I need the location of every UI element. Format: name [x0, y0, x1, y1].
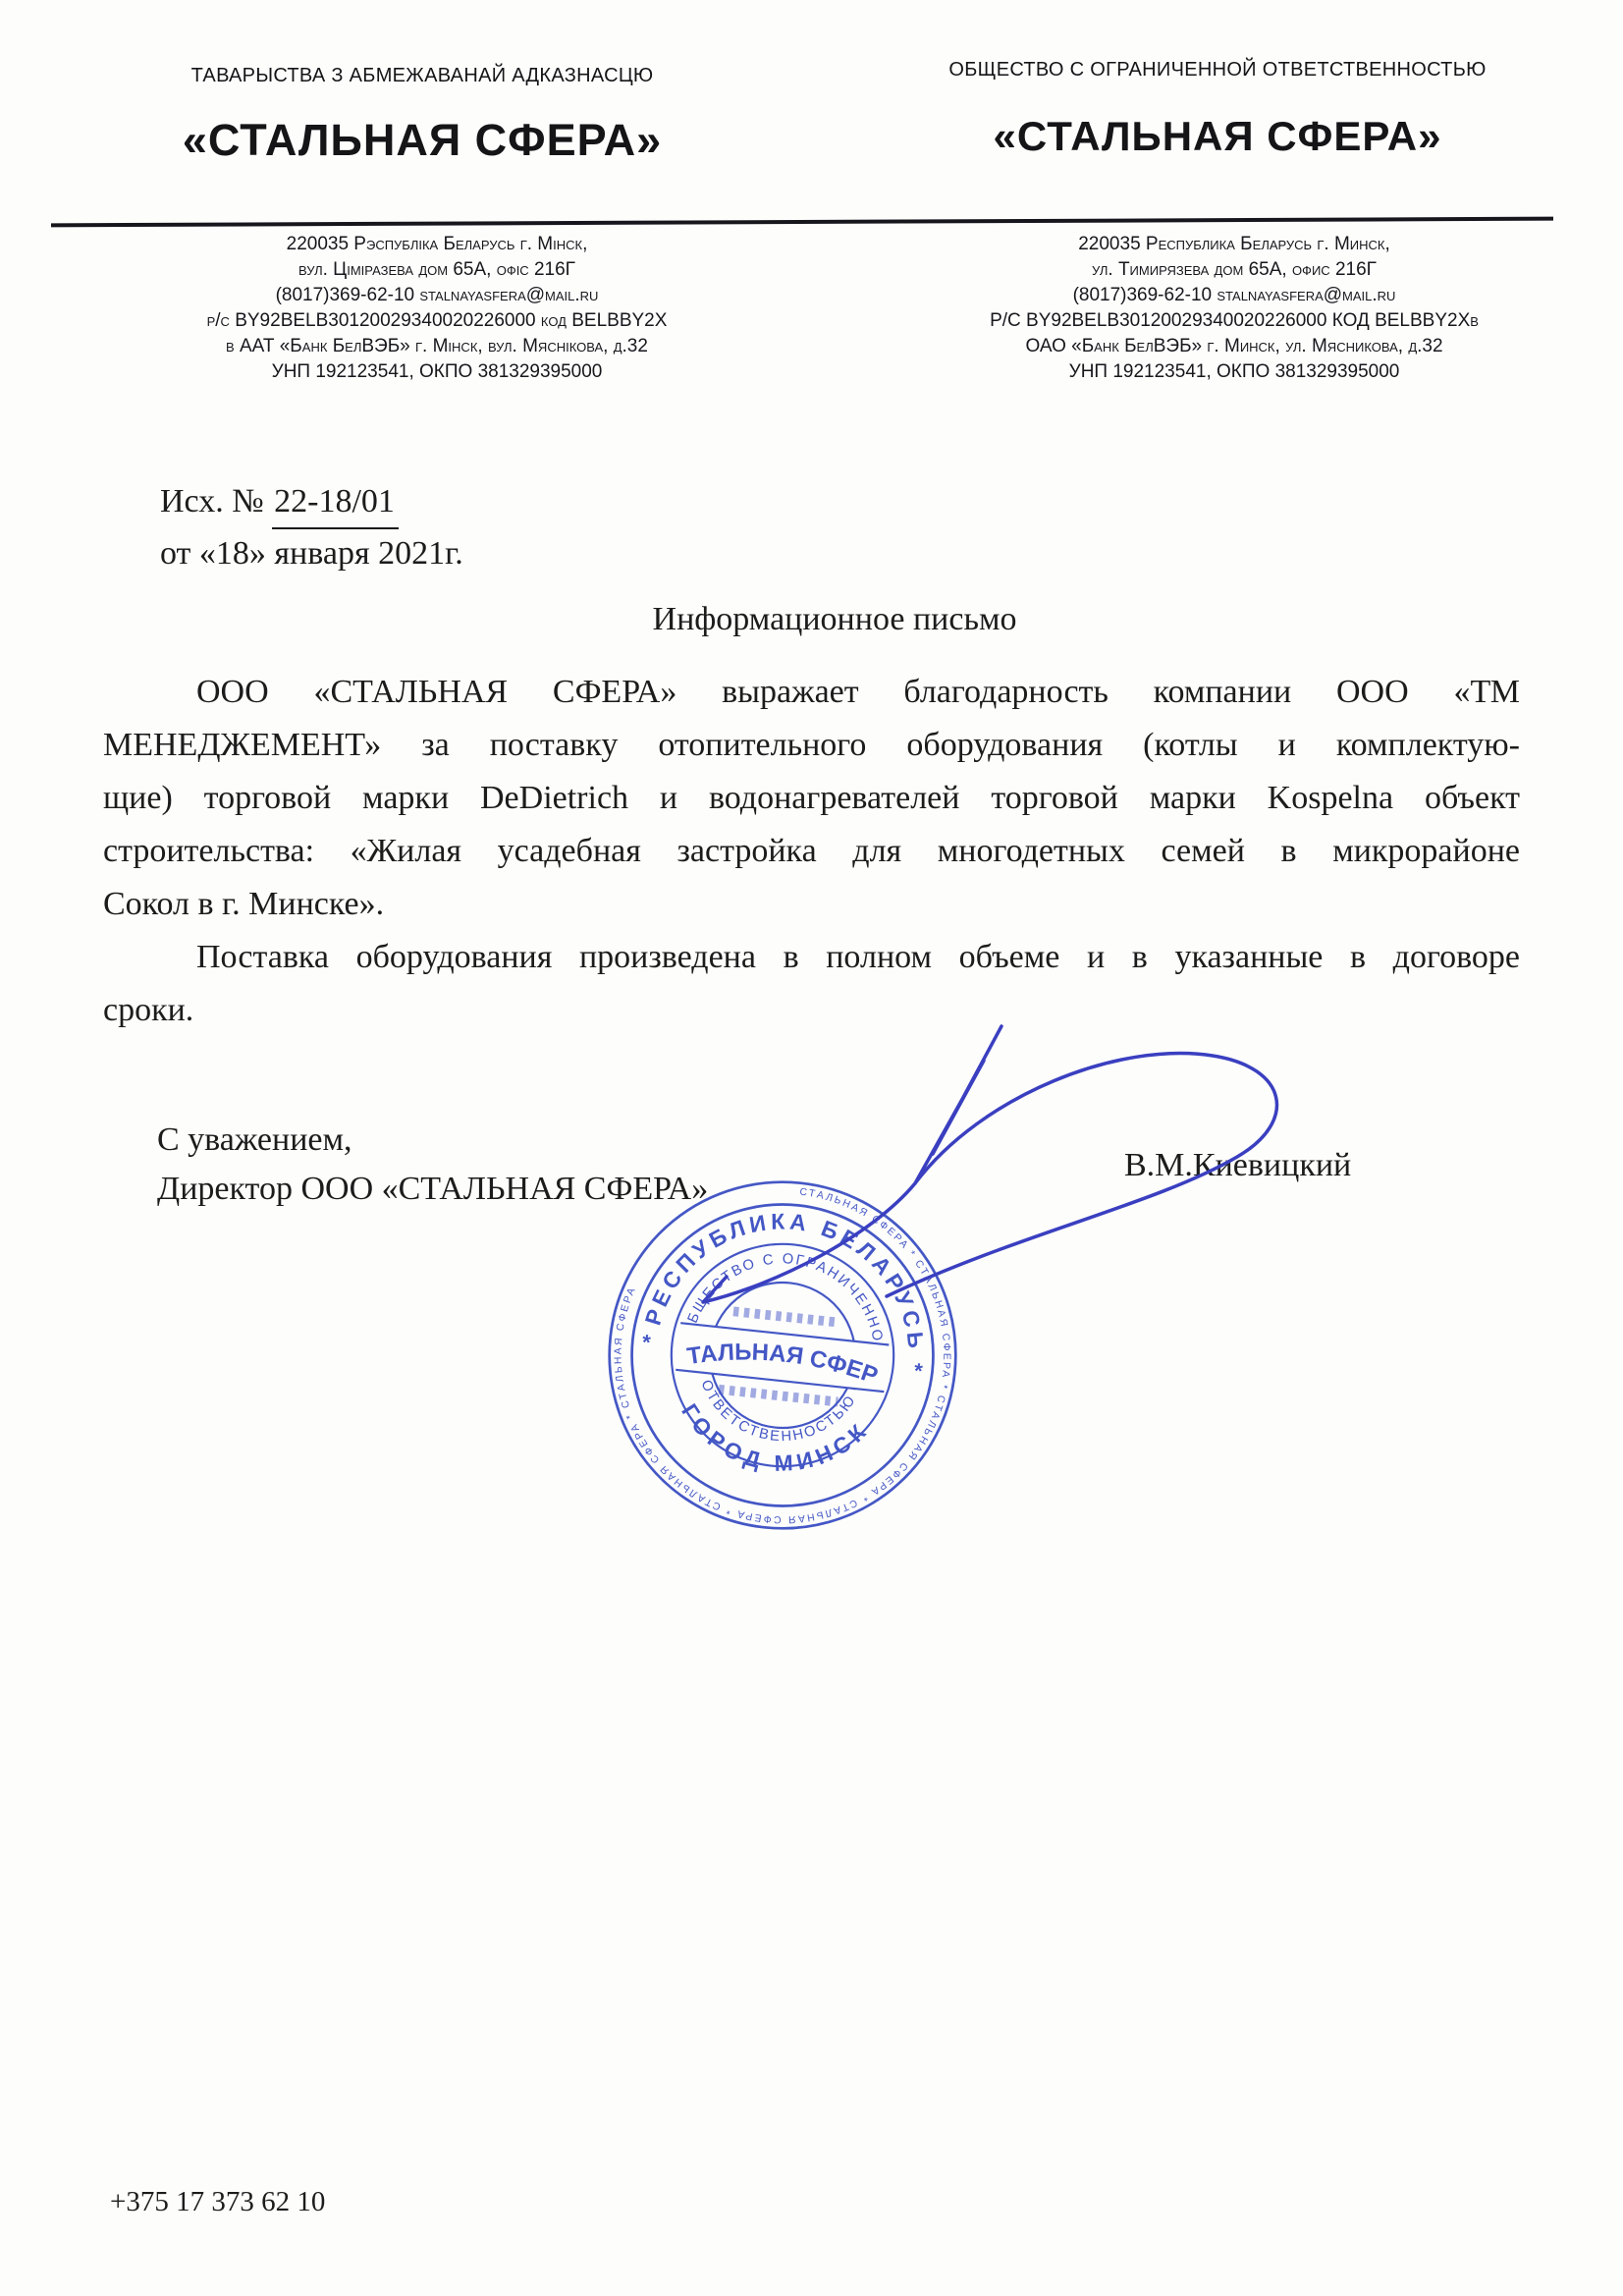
- ref-label: Исх. №: [160, 483, 264, 519]
- address-line: 220035 Рэспубліка Беларусь г. Мінск,: [147, 232, 727, 257]
- letter-body: ООО «СТАЛЬНАЯ СФЕРА» выражает благодарно…: [103, 666, 1520, 1037]
- address-line: р/с BY92BELB30120029340020226000 код BEL…: [147, 308, 727, 334]
- company-name-right: «СТАЛЬНАЯ СФЕРА»: [874, 113, 1561, 160]
- scanned-letter-page: ТАВАРЫСТВА З АБМЕЖАВАНАЙ АДКАЗНАСЦЮ «СТА…: [0, 0, 1623, 2296]
- paragraph-line: щие) торговой марки DeDietrich и водонаг…: [103, 772, 1520, 825]
- ref-number: 22-18/01: [272, 477, 399, 529]
- paragraph-line: Поставка оборудования произведена в полн…: [103, 931, 1520, 984]
- address-line: в ААТ «Банк БелВЭБ» г. Мінск, вул. Мясні…: [147, 334, 727, 359]
- company-name-left: «СТАЛЬНАЯ СФЕРА»: [93, 115, 751, 166]
- footer-phone: +375 17 373 62 10: [110, 2186, 325, 2218]
- org-type-right: ОБЩЕСТВО С ОГРАНИЧЕННОЙ ОТВЕТСТВЕННОСТЬЮ: [874, 59, 1561, 82]
- ref-block: Исх. № 22-18/01 от «18» января 2021г.: [160, 477, 463, 578]
- address-line: УНП 192123541, ОКПО 381329395000: [147, 359, 727, 385]
- signature-scribble: [609, 1002, 1306, 1453]
- address-line: ОАО «Банк БелВЭБ» г. Минск, ул. Мясников…: [945, 334, 1524, 359]
- paragraph-line: МЕНЕДЖЕМЕНТ» за поставку отопительного о…: [103, 719, 1520, 772]
- date-line: от «18» января 2021г.: [160, 529, 463, 578]
- header-left: ТАВАРЫСТВА З АБМЕЖАВАНАЙ АДКАЗНАСЦЮ «СТА…: [93, 65, 751, 166]
- header-divider-rule: [51, 217, 1553, 228]
- address-line: УНП 192123541, ОКПО 381329395000: [945, 359, 1524, 385]
- address-line: (8017)369-62-10 stalnayasfera@mail.ru: [147, 283, 727, 308]
- address-line: ул. Тимирязева дом 65А, офис 216Г: [945, 257, 1524, 283]
- org-type-left: ТАВАРЫСТВА З АБМЕЖАВАНАЙ АДКАЗНАСЦЮ: [93, 65, 751, 87]
- address-line: (8017)369-62-10 stalnayasfera@mail.ru: [945, 283, 1524, 308]
- paragraph-line: ООО «СТАЛЬНАЯ СФЕРА» выражает благодарно…: [103, 666, 1520, 719]
- ref-line: Исх. № 22-18/01: [160, 477, 463, 529]
- header-right: ОБЩЕСТВО С ОГРАНИЧЕННОЙ ОТВЕТСТВЕННОСТЬЮ…: [874, 59, 1561, 160]
- letter-title: Информационное письмо: [103, 601, 1566, 638]
- address-line: вул. Цімiразева дом 65А, офіс 216Г: [147, 257, 727, 283]
- address-block-left: 220035 Рэспубліка Беларусь г. Мінск, вул…: [147, 232, 727, 385]
- paragraph-line: Сокол в г. Минске».: [103, 878, 1520, 931]
- address-line: 220035 Республика Беларусь г. Минск,: [945, 232, 1524, 257]
- address-block-right: 220035 Республика Беларусь г. Минск, ул.…: [945, 232, 1524, 385]
- paragraph-line: строительства: «Жилая усадебная застройк…: [103, 825, 1520, 878]
- address-line: Р/С BY92BELB30120029340020226000 КОД BEL…: [945, 308, 1524, 334]
